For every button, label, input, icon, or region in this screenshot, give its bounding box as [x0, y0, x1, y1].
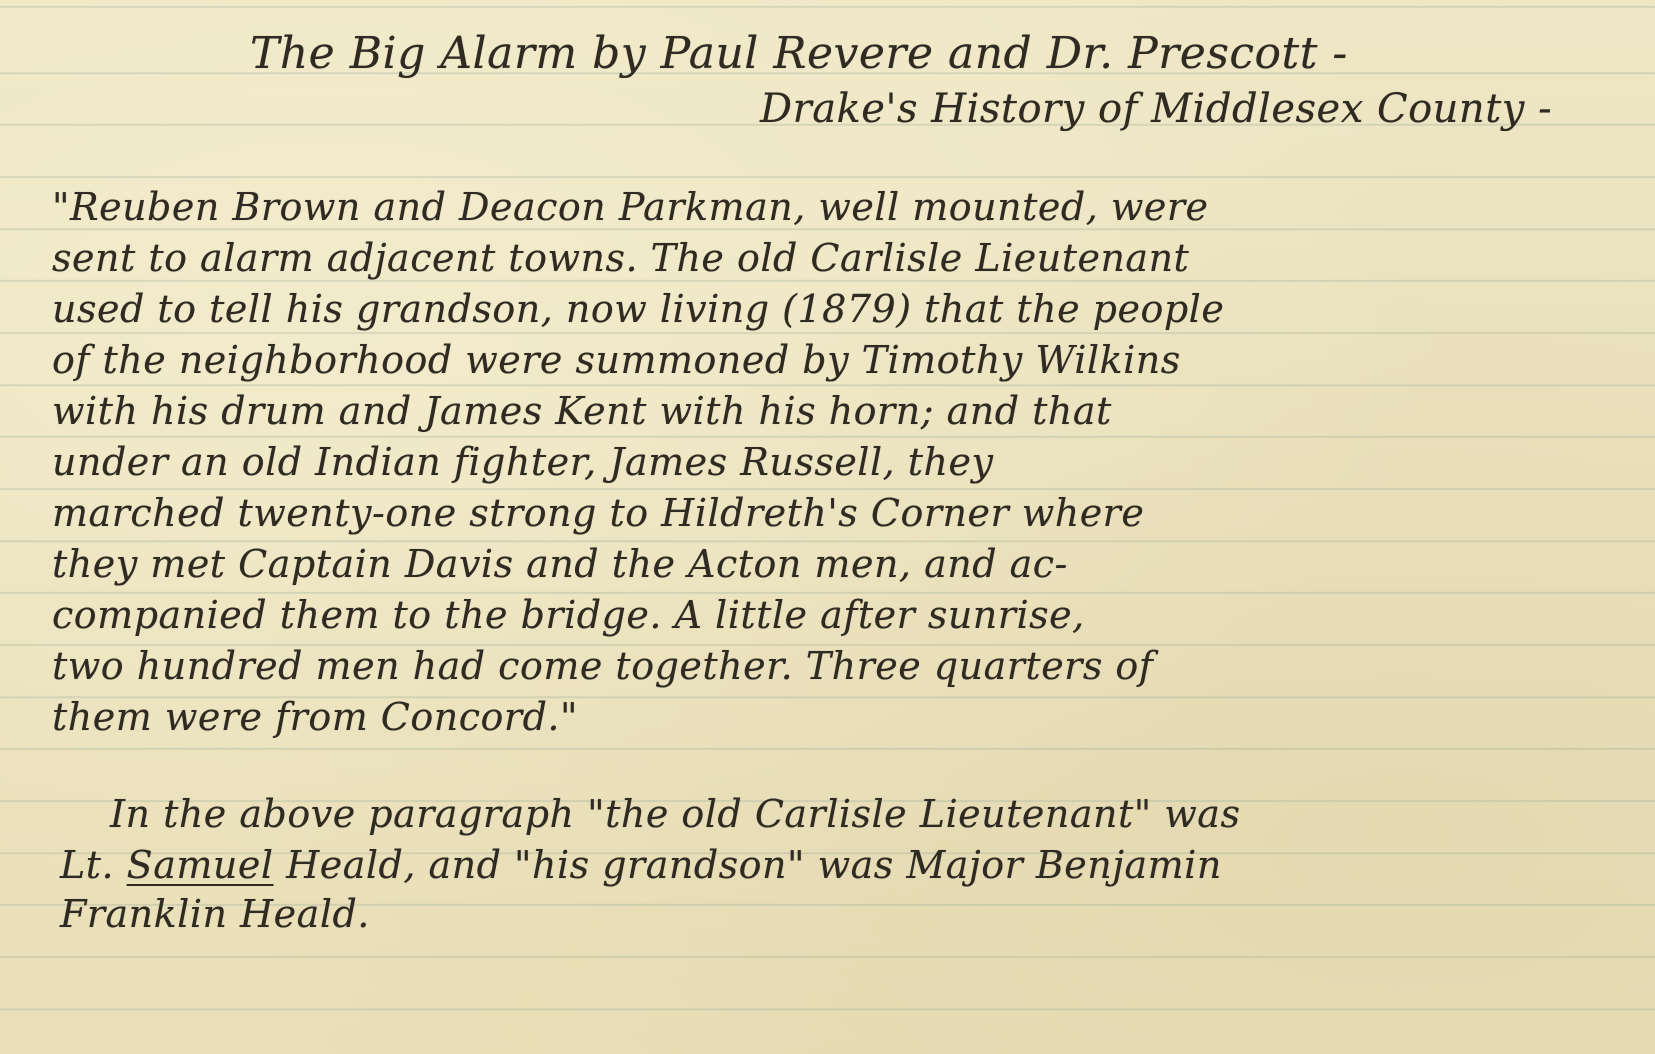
- note-line: Lt. Samuel Heald, and "his grandson" was…: [60, 843, 1222, 887]
- page-title: The Big Alarm by Paul Revere and Dr. Pre…: [250, 28, 1348, 79]
- quote-line: sent to alarm adjacent towns. The old Ca…: [52, 236, 1189, 280]
- quote-line: them were from Concord.": [52, 695, 578, 739]
- manuscript-page: The Big Alarm by Paul Revere and Dr. Pre…: [0, 0, 1655, 1054]
- quote-line: "Reuben Brown and Deacon Parkman, well m…: [52, 185, 1209, 229]
- note-suffix: Heald, and "his grandson" was Major Benj…: [274, 843, 1222, 887]
- note-line: In the above paragraph "the old Carlisle…: [110, 792, 1240, 836]
- quote-line: companied them to the bridge. A little a…: [52, 593, 1085, 637]
- note-line: Franklin Heald.: [60, 892, 370, 936]
- quote-line: with his drum and James Kent with his ho…: [52, 389, 1112, 433]
- quote-line: two hundred men had come together. Three…: [52, 644, 1153, 688]
- note-prefix: Lt.: [60, 843, 127, 887]
- quote-line: they met Captain Davis and the Acton men…: [52, 542, 1068, 586]
- source-citation: Drake's History of Middlesex County -: [760, 86, 1552, 132]
- quote-line: of the neighborhood were summoned by Tim…: [52, 338, 1181, 382]
- quote-line: used to tell his grandson, now living (1…: [52, 287, 1224, 331]
- quote-line: under an old Indian fighter, James Russe…: [52, 440, 993, 484]
- quote-line: marched twenty-one strong to Hildreth's …: [52, 491, 1144, 535]
- underlined-name: Samuel: [127, 843, 274, 887]
